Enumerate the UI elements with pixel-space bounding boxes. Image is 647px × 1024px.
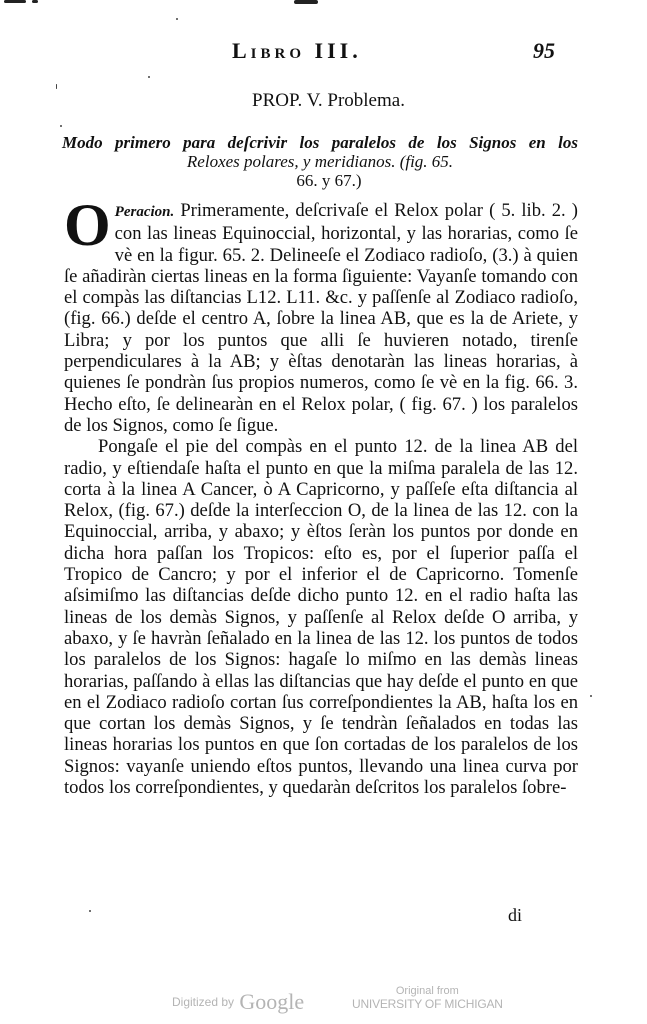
section-heading: Modo primero para deſcrivir los paralelo…	[62, 133, 578, 190]
google-logo: Google	[239, 989, 304, 1014]
scan-speck	[148, 76, 150, 78]
drop-cap: O	[64, 202, 111, 248]
scan-artifact	[294, 0, 318, 4]
digitization-footer: Digitized by Google Original from UNIVER…	[0, 985, 647, 1024]
paragraph-1-text: Primeramente, deſcrivaſe el Relox polar …	[64, 200, 578, 436]
original-from: Original from UNIVERSITY OF MICHIGAN	[352, 985, 503, 1011]
paragraph-2: Pongaſe el pie del compàs en el punto 12…	[64, 436, 578, 798]
book-page: Libro III. 95 PROP. V. Problema. Modo pr…	[0, 0, 647, 1024]
scan-speck	[590, 695, 592, 697]
proposition-title: PROP. V. Problema.	[0, 90, 647, 112]
running-title: Libro III.	[232, 38, 362, 64]
scan-artifact	[32, 0, 38, 3]
digitized-prefix: Digitized by	[172, 995, 234, 1009]
running-head: Libro III. 95	[0, 38, 647, 68]
section-heading-line-3: 66. y 67.)	[62, 171, 578, 190]
digitized-by: Digitized by Google	[172, 989, 304, 1015]
page-number: 95	[533, 38, 555, 64]
scan-speck	[89, 910, 91, 912]
scan-speck	[176, 18, 178, 20]
scan-artifact	[4, 0, 26, 3]
section-heading-line-1: Modo primero para deſcrivir los paralelo…	[62, 133, 578, 152]
scan-speck	[56, 84, 57, 89]
original-institution: UNIVERSITY OF MICHIGAN	[352, 998, 503, 1011]
scan-speck	[60, 125, 62, 127]
body-text: OPeracion. Primeramente, deſcrivaſe el R…	[64, 200, 578, 798]
section-heading-line-2: Reloxes polares, y meridianos. (fig. 65.	[62, 152, 578, 171]
catchword: di	[508, 905, 522, 926]
lead-word: Peracion.	[115, 204, 175, 220]
paragraph-1: OPeracion. Primeramente, deſcrivaſe el R…	[64, 200, 578, 436]
